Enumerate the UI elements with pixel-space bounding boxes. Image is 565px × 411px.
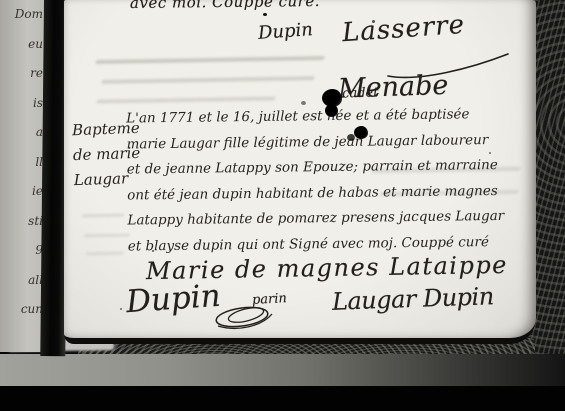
bottom-shadow-band	[0, 386, 565, 411]
adjacent-line-fragment: 9	[0, 236, 46, 266]
adjacent-line-fragment: eu	[0, 30, 46, 60]
signature-menabe: Menabecadet	[337, 72, 378, 104]
dust-speck	[372, 20, 375, 23]
ink-blot	[325, 104, 338, 117]
bleedthrough-mark	[95, 56, 325, 64]
signature-dupin-godfather: Dupin	[125, 278, 222, 321]
dust-speck	[120, 308, 122, 310]
baptism-act-text: L'an 1771 et le 16, juillet est née et a…	[126, 101, 540, 259]
signature-lasserre: Lasserre	[341, 10, 466, 49]
adjacent-line-fragment: Dom	[0, 0, 46, 30]
prior-act-closing-line: avec moi. Couppé curé.	[130, 0, 320, 12]
adjacent-line-fragment: is	[0, 89, 46, 119]
ink-blot	[354, 126, 368, 139]
dust-speck	[152, 250, 154, 252]
signature-menabe-name: Menabe	[337, 70, 448, 105]
dust-speck	[489, 152, 491, 154]
bleedthrough-mark	[101, 76, 315, 84]
dust-speck	[263, 13, 267, 16]
ink-blot	[301, 101, 306, 105]
bleedthrough-mark	[96, 96, 275, 103]
adjacent-page-sliver: Dom eu re is a ll ie sti 9 all cun	[0, 0, 46, 352]
signature-laugar-dupin: Laugar Dupin	[332, 282, 495, 316]
table-surface-strip	[0, 354, 565, 388]
adjacent-line-fragment: ll	[0, 148, 46, 178]
register-scan: Dom eu re is a ll ie sti 9 all cun avec …	[0, 0, 565, 411]
ink-blot	[347, 134, 355, 141]
bleedthrough-mark	[86, 252, 125, 256]
adjacent-line-fragment: ie	[0, 177, 46, 207]
adjacent-line-fragment: a	[0, 118, 46, 148]
adjacent-line-fragment: sti	[0, 207, 46, 237]
signature-dupin-top: Dupin	[257, 19, 313, 44]
signature-parin-label: parin	[252, 291, 288, 308]
adjacent-line-fragment: cun	[0, 295, 46, 325]
bleedthrough-mark	[84, 234, 131, 238]
bleedthrough-mark	[82, 214, 125, 218]
adjacent-line-fragment: re	[0, 59, 46, 89]
register-page: avec moi. Couppé curé. Dupin Lasserre Me…	[64, 0, 536, 344]
adjacent-line-fragment: all	[0, 266, 46, 296]
